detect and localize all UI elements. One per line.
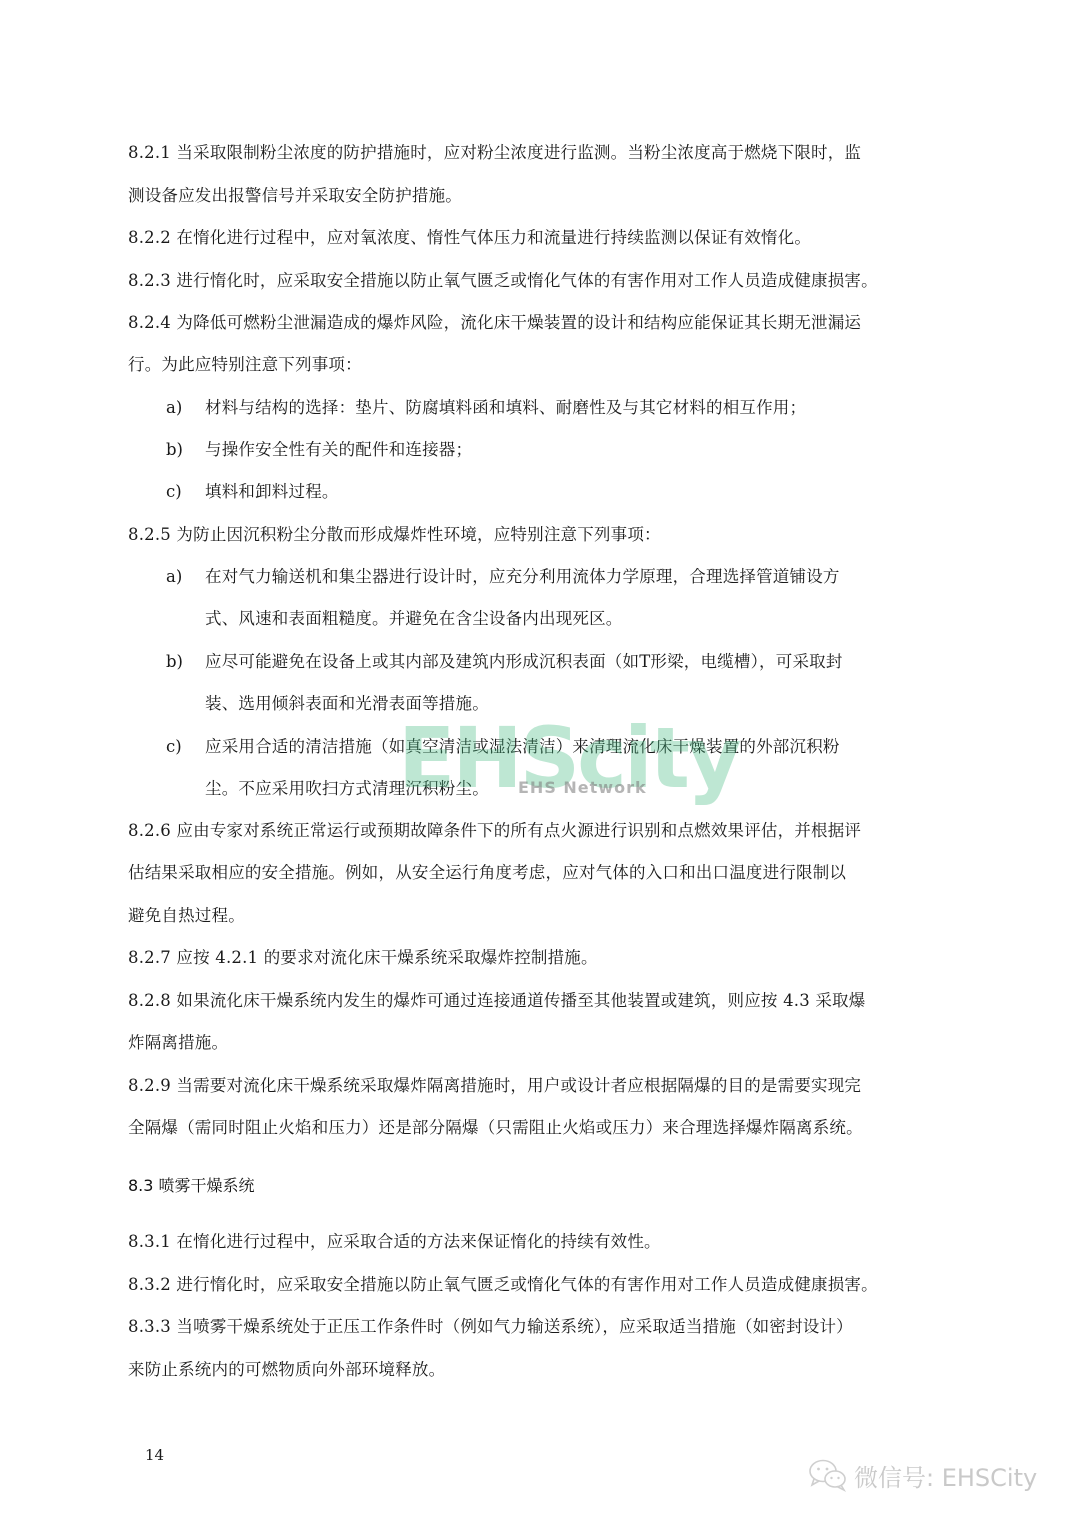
list-item-text: 尘。不应采用吹扫方式清理沉积粉尘。	[205, 779, 489, 799]
section-heading: 8.3 喷雾干燥系统	[128, 1176, 255, 1196]
wechat-badge: 微信号: EHSCity	[808, 1455, 1037, 1495]
clause-8-2-6-line-2: 估结果采取相应的安全措施。例如，从安全运行角度考虑，应对气体的入口和出口温度进行…	[128, 863, 846, 883]
list-item-label: b)	[166, 440, 183, 460]
list-item-label: c)	[166, 482, 182, 502]
wechat-icon	[808, 1458, 848, 1492]
list-item-text: 应采用合适的清洁措施（如真空清洁或湿法清洁）来清理流化床干燥装置的外部沉积粉	[205, 737, 840, 757]
watermark-subtitle: EHS Network	[518, 778, 647, 797]
clause-8-2-1-line-2: 测设备应发出报警信号并采取安全防护措施。	[128, 186, 462, 206]
clause-8-2-5-line-1: 8.2.5 为防止因沉积粉尘分散而形成爆炸性环境，应特别注意下列事项：	[128, 525, 661, 545]
list-item-text: 在对气力输送机和集尘器进行设计时，应充分利用流体力学原理，合理选择管道铺设方	[205, 567, 840, 587]
list-item-text: 填料和卸料过程。	[205, 482, 339, 502]
clause-8-2-6-line-3: 避免自热过程。	[128, 906, 245, 926]
clause-8-2-2-line-1: 8.2.2 在惰化进行过程中，应对氧浓度、惰性气体压力和流量进行持续监测以保证有…	[128, 228, 811, 248]
list-item-label: c)	[166, 737, 182, 757]
list-item-text: 材料与结构的选择：垫片、防腐填料函和填料、耐磨性及与其它材料的相互作用；	[205, 398, 806, 418]
clause-8-2-4-line-1: 8.2.4 为降低可燃粉尘泄漏造成的爆炸风险，流化床干燥装置的设计和结构应能保证…	[128, 313, 861, 333]
list-item-label: a)	[166, 398, 182, 418]
clause-8-2-9-line-2: 全隔爆（需同时阻止火焰和压力）还是部分隔爆（只需阻止火焰或压力）来合理选择爆炸隔…	[128, 1118, 863, 1138]
clause-8-3-3-line-2: 来防止系统内的可燃物质向外部环境释放。	[128, 1360, 445, 1380]
list-item-text: 装、选用倾斜表面和光滑表面等措施。	[205, 694, 489, 714]
list-item-label: b)	[166, 652, 183, 672]
page-number: 14	[145, 1446, 164, 1464]
document-page: 8.2.1 当采取限制粉尘浓度的防护措施时，应对粉尘浓度进行监测。当粉尘浓度高于…	[0, 0, 1080, 1527]
clause-8-2-7-line-1: 8.2.7 应按 4.2.1 的要求对流化床干燥系统采取爆炸控制措施。	[128, 948, 598, 968]
clause-8-2-9-line-1: 8.2.9 当需要对流化床干燥系统采取爆炸隔离措施时，用户或设计者应根据隔爆的目…	[128, 1076, 861, 1096]
clause-8-2-4-line-2: 行。为此应特别注意下列事项：	[128, 355, 362, 375]
wechat-id-text: 微信号: EHSCity	[854, 1458, 1037, 1493]
clause-8-2-6-line-1: 8.2.6 应由专家对系统正常运行或预期故障条件下的所有点火源进行识别和点燃效果…	[128, 821, 861, 841]
list-item-label: a)	[166, 567, 182, 587]
clause-8-3-2-line-1: 8.3.2 进行惰化时，应采取安全措施以防止氧气匮乏或惰化气体的有害作用对工作人…	[128, 1275, 878, 1295]
clause-8-3-1-line-1: 8.3.1 在惰化进行过程中，应采取合适的方法来保证惰化的持续有效性。	[128, 1232, 661, 1252]
clause-8-2-3-line-1: 8.2.3 进行惰化时，应采取安全措施以防止氧气匮乏或惰化气体的有害作用对工作人…	[128, 271, 878, 291]
clause-8-2-8-line-1: 8.2.8 如果流化床干燥系统内发生的爆炸可通过连接通道传播至其他装置或建筑，则…	[128, 991, 865, 1011]
list-item-text: 与操作安全性有关的配件和连接器；	[205, 440, 472, 460]
list-item-text: 式、风速和表面粗糙度。并避免在含尘设备内出现死区。	[205, 609, 623, 629]
list-item-text: 应尽可能避免在设备上或其内部及建筑内形成沉积表面（如T形梁，电缆槽），可采取封	[205, 652, 843, 672]
clause-8-2-1-line-1: 8.2.1 当采取限制粉尘浓度的防护措施时，应对粉尘浓度进行监测。当粉尘浓度高于…	[128, 143, 861, 163]
clause-8-3-3-line-1: 8.3.3 当喷雾干燥系统处于正压工作条件时（例如气力输送系统），应采取适当措施…	[128, 1317, 853, 1337]
clause-8-2-8-line-2: 炸隔离措施。	[128, 1033, 228, 1053]
